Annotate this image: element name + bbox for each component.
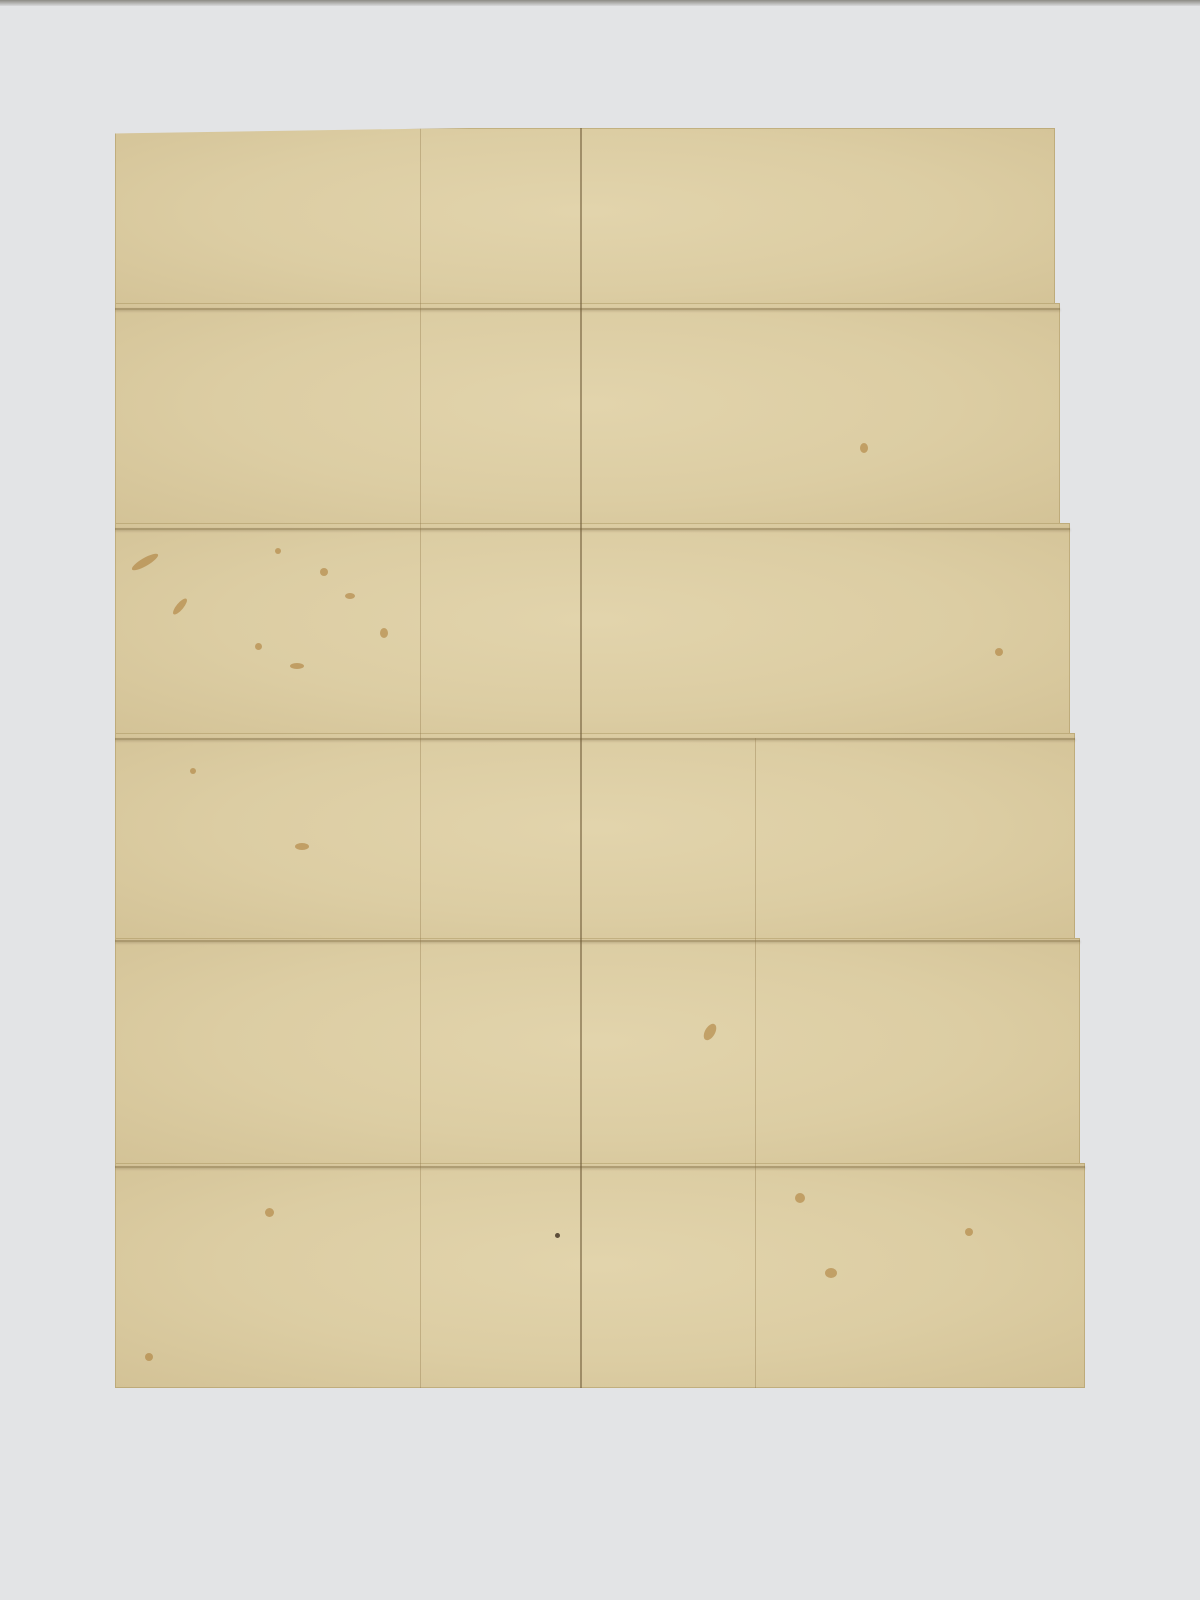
stain xyxy=(555,1233,560,1238)
fold-line xyxy=(115,738,1075,740)
fold-line xyxy=(115,940,1080,942)
paper-sheet xyxy=(115,118,1105,1408)
paper-panel-row-5 xyxy=(115,938,1080,1168)
paper-panel-row-4 xyxy=(115,733,1075,943)
stain xyxy=(190,768,196,774)
fold-line xyxy=(115,308,1060,310)
fold-line xyxy=(755,738,756,1388)
stain xyxy=(255,643,262,650)
fold-line xyxy=(115,528,1070,530)
fold-line xyxy=(420,128,421,1388)
fold-line xyxy=(115,1166,1085,1168)
stain xyxy=(275,548,281,554)
stain xyxy=(265,1208,274,1217)
paper-panel-row-2 xyxy=(115,303,1060,528)
stain xyxy=(965,1228,973,1236)
paper-panel-row-6 xyxy=(115,1163,1085,1388)
paper-panel-row-1 xyxy=(115,128,1055,313)
stain xyxy=(290,663,304,669)
stain xyxy=(320,568,328,576)
stain xyxy=(995,648,1003,656)
stain xyxy=(345,593,355,599)
stain xyxy=(825,1268,837,1278)
paper-panel-row-3 xyxy=(115,523,1070,738)
fold-line xyxy=(580,128,582,1388)
stain xyxy=(295,843,309,850)
stain xyxy=(860,443,868,453)
table-edge xyxy=(0,0,1200,6)
stain xyxy=(795,1193,805,1203)
stain xyxy=(145,1353,153,1361)
stain xyxy=(380,628,388,638)
